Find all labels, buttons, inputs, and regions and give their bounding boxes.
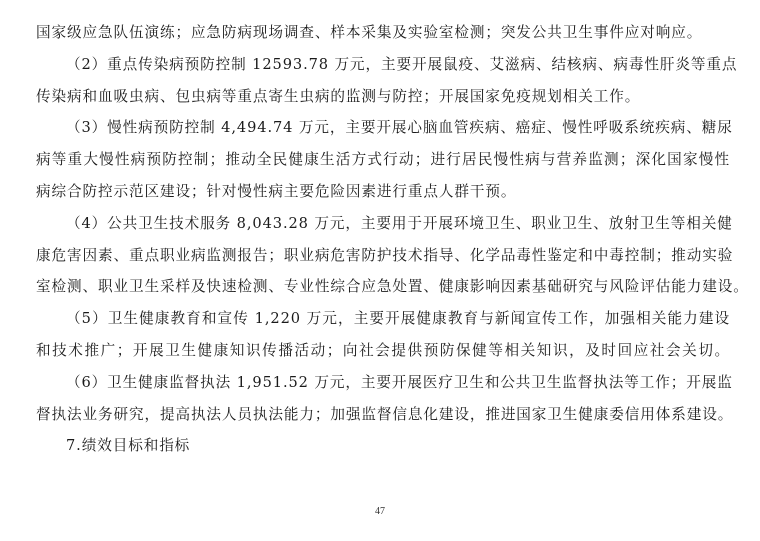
- document-page: 国家级应急队伍演练；应急防病现场调查、样本采集及实验室检测；突发公共卫生事件应对…: [36, 17, 730, 462]
- text-line: 病综合防控示范区建设；针对慢性病主要危险因素进行重点人群干预。: [36, 176, 730, 208]
- text-line: 和技术推广；开展卫生健康知识传播活动；向社会提供预防保健等相关知识，及时回应社会…: [36, 335, 730, 367]
- paragraph-health-supervision: （6）卫生健康监督执法 1,951.52 万元，主要开展医疗卫生和公共卫生监督执…: [36, 367, 730, 399]
- paragraph-public-health-tech: （4）公共卫生技术服务 8,043.28 万元，主要用于开展环境卫生、职业卫生、…: [36, 208, 730, 240]
- text-line: 督执法业务研究，提高执法人员执法能力；加强监督信息化建设，推进国家卫生健康委信用…: [36, 399, 730, 431]
- paragraph-health-education: （5）卫生健康教育和宣传 1,220 万元，主要开展健康教育与新闻宣传工作，加强…: [36, 303, 730, 335]
- paragraph-key-infectious-disease: （2）重点传染病预防控制 12593.78 万元，主要开展鼠疫、艾滋病、结核病、…: [36, 49, 730, 81]
- text-line: 室检测、职业卫生采样及快速检测、专业性综合应急处置、健康影响因素基础研究与风险评…: [36, 271, 730, 303]
- text-line: 康危害因素、重点职业病监测报告；职业病危害防护技术指导、化学品毒性鉴定和中毒控制…: [36, 240, 730, 272]
- text-line: 传染病和血吸虫病、包虫病等重点寄生虫病的监测与防控；开展国家免疫规划相关工作。: [36, 81, 730, 113]
- text-line: 病等重大慢性病预防控制；推动全民健康生活方式行动；进行居民慢性病与营养监测；深化…: [36, 144, 730, 176]
- page-number: 47: [0, 506, 760, 517]
- section-heading: 7.绩效目标和指标: [36, 430, 730, 462]
- paragraph-chronic-disease: （3）慢性病预防控制 4,494.74 万元，主要开展心脑血管疾病、癌症、慢性呼…: [36, 112, 730, 144]
- text-line: 国家级应急队伍演练；应急防病现场调查、样本采集及实验室检测；突发公共卫生事件应对…: [36, 17, 730, 49]
